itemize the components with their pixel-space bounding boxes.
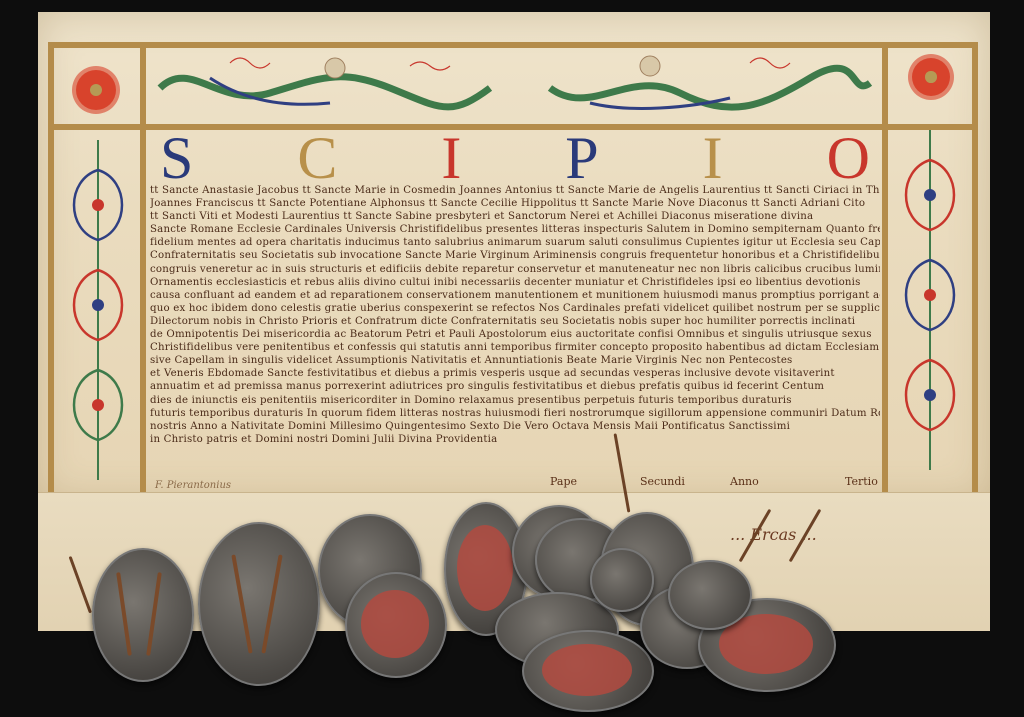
text-line: annuatim et ad premissa manus porrexerin… — [150, 380, 880, 393]
capital-letter-i: I — [441, 130, 461, 186]
text-line: Christifidelibus vere penitentibus et co… — [150, 341, 880, 354]
wax-seal-red — [522, 630, 654, 712]
wax-seal — [590, 548, 654, 612]
rose-corner-left-icon — [76, 70, 116, 110]
wax-seal — [198, 522, 320, 686]
capital-letter-i-2: I — [703, 130, 723, 186]
text-line: in Christo patris et Domini nostri Domin… — [150, 433, 880, 446]
gold-border-left — [48, 42, 54, 492]
right-vine-column-icon — [888, 130, 972, 470]
text-line: Joannes Franciscus tt Sancte Potentiane … — [150, 197, 880, 210]
capital-letter-s: S — [160, 130, 193, 186]
text-line: de Omnipotentis Dei misericordia ac Beat… — [150, 328, 880, 341]
text-line: congruis veneretur ac in suis structuris… — [150, 263, 880, 276]
dating-word: Pape — [550, 475, 577, 488]
text-line: futuris temporibus duraturis In quorum f… — [150, 407, 880, 420]
wax-seal — [92, 548, 194, 682]
gold-border-left-inner — [140, 42, 146, 492]
capital-letter-c: C — [297, 130, 337, 186]
text-line: fidelium mentes ad opera charitatis indu… — [150, 236, 880, 249]
dating-word: Anno — [730, 475, 759, 488]
text-line: Dilectorum nobis in Christo Prioris et C… — [150, 315, 880, 328]
top-vine-ornament-icon — [150, 48, 880, 124]
wax-seal — [668, 560, 752, 630]
document-body-text: tt Sancte Anastasie Jacobus tt Sancte Ma… — [150, 184, 880, 446]
capital-letter-o: O — [827, 130, 870, 186]
dating-word: Tertio — [845, 475, 878, 488]
text-line: quo ex hoc ibidem dono celestis gratie u… — [150, 302, 880, 315]
text-line: sive Capellam in singulis videlicet Assu… — [150, 354, 880, 367]
wax-seal-red — [345, 572, 447, 678]
heading-capitals: S C I P I O — [160, 128, 870, 186]
gold-border-right — [972, 42, 978, 492]
dating-word: Secundi — [640, 475, 685, 488]
text-line: Confraternitatis seu Societatis sub invo… — [150, 249, 880, 262]
text-line: tt Sancte Anastasie Jacobus tt Sancte Ma… — [150, 184, 880, 197]
text-line: dies de iniunctis eis penitentiis miseri… — [150, 394, 880, 407]
text-line: Sancte Romane Ecclesie Cardinales Univer… — [150, 223, 880, 236]
scribe-signature: F. Pierantonius — [155, 480, 231, 491]
left-vine-column-icon — [56, 140, 140, 480]
capital-letter-p: P — [565, 130, 598, 186]
rose-corner-right-icon — [912, 58, 950, 96]
text-line: causa confluant ad eandem et ad reparati… — [150, 289, 880, 302]
text-line: nostris Anno a Nativitate Domini Millesi… — [150, 420, 880, 433]
text-line: tt Sancti Viti et Modesti Laurentius tt … — [150, 210, 880, 223]
text-line: Ornamentis ecclesiasticis et rebus aliis… — [150, 276, 880, 289]
text-line: et Veneris Ebdomade Sancte festivitatibu… — [150, 367, 880, 380]
